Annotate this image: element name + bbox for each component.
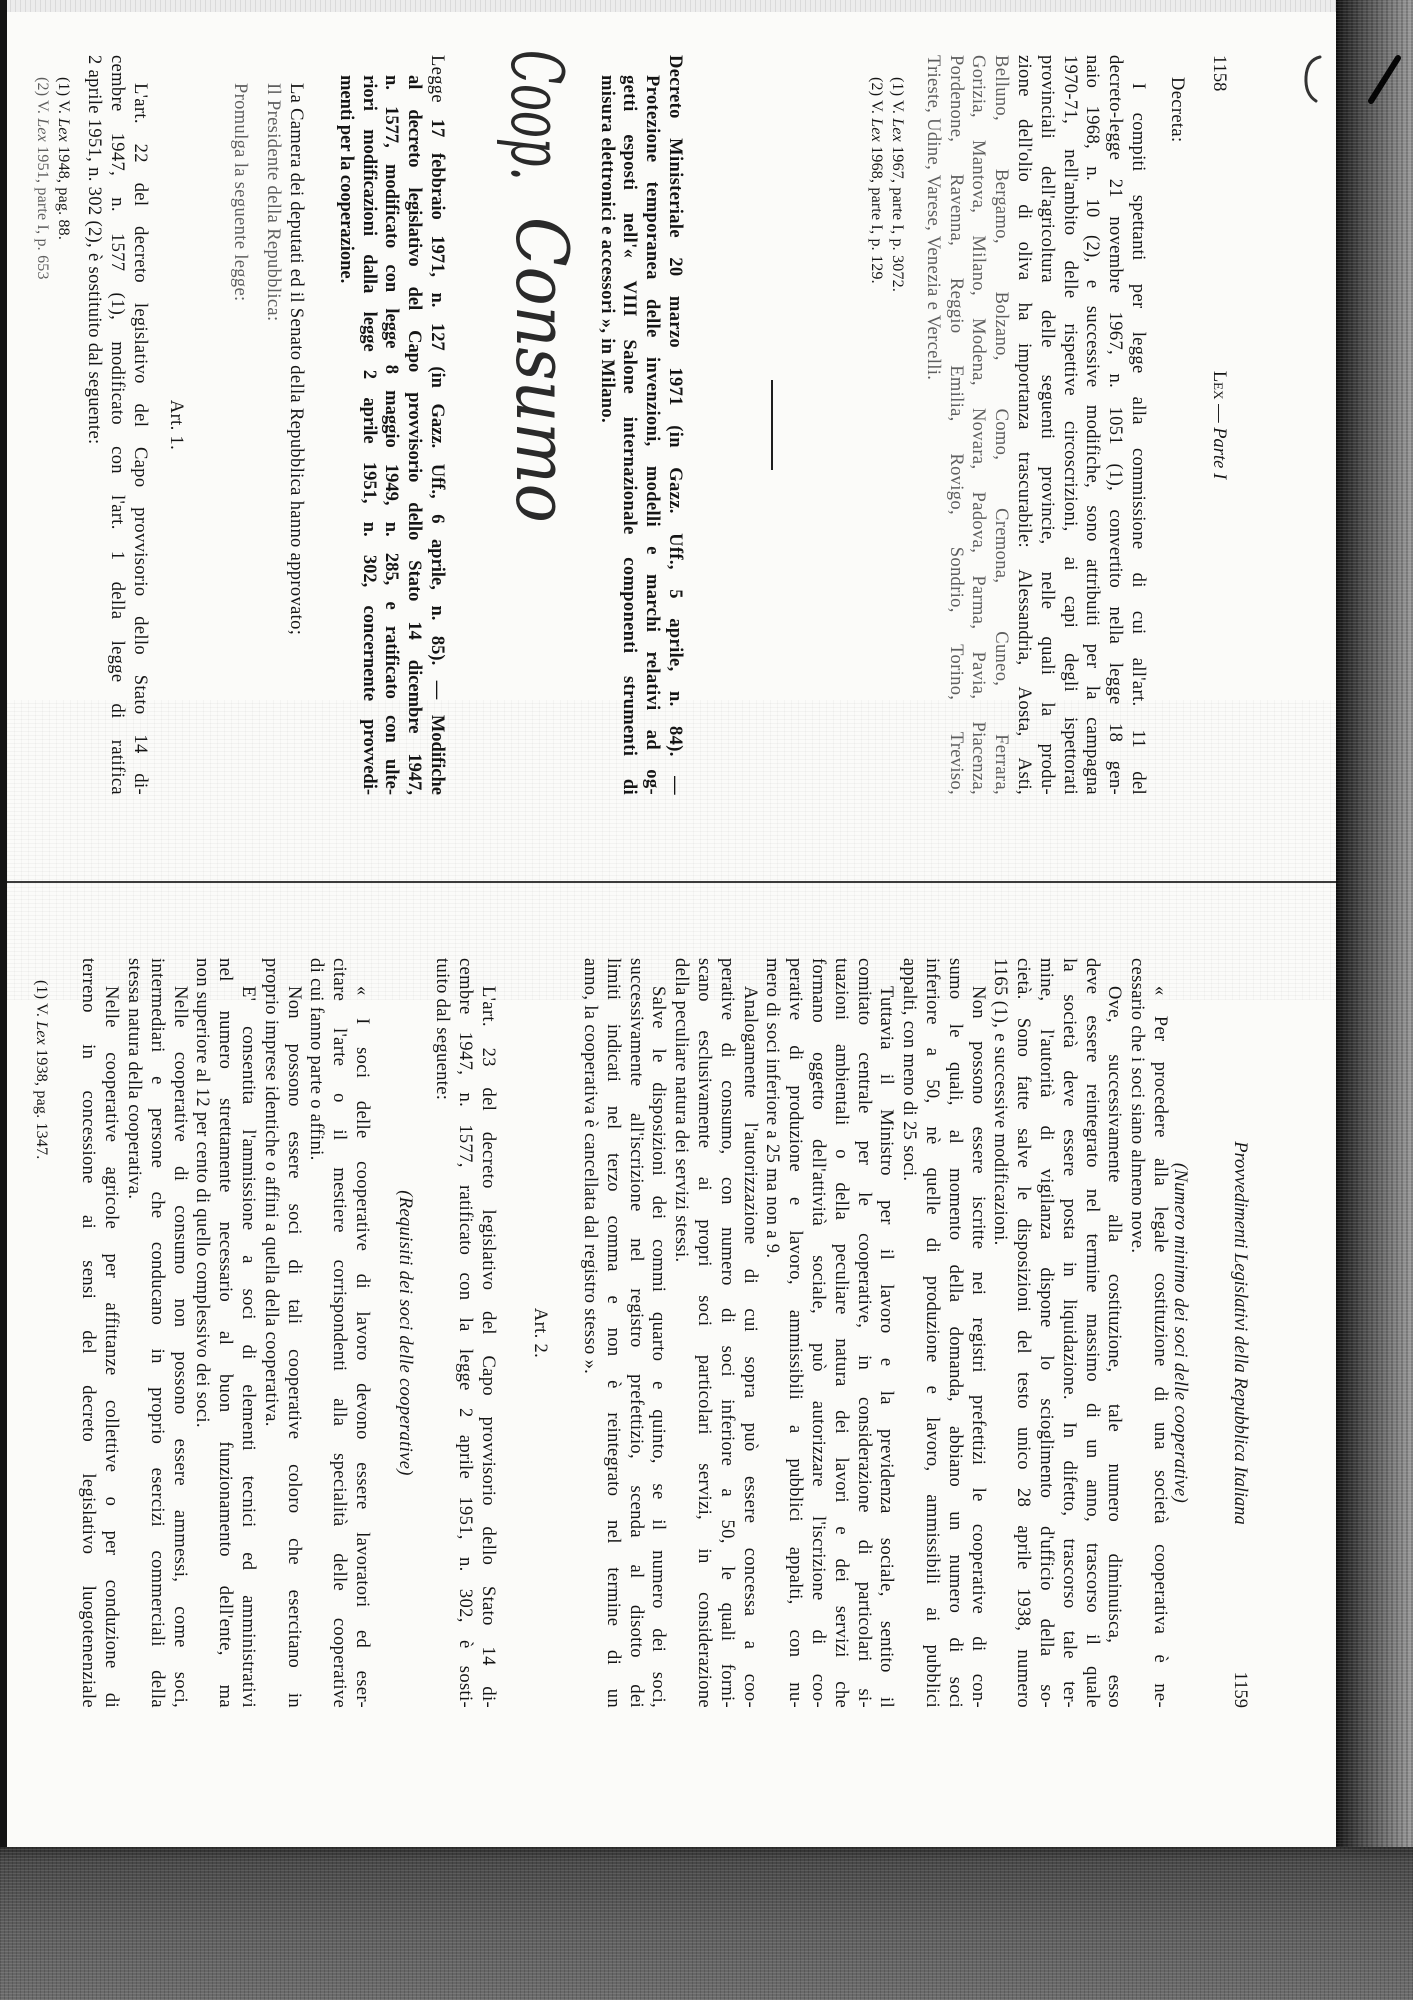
text-line: cessario che i soci siano almeno nove. <box>1125 958 1148 1708</box>
page-number: 1159 <box>1228 1672 1251 1708</box>
text-line: intermediari e persone che conducano in … <box>145 958 168 1708</box>
article-23-text: « I soci delle cooperative di lavoro dev… <box>77 958 373 1708</box>
text-line: perative di produzione e lavoro, ammissi… <box>783 958 806 1708</box>
article-22-text: « Per procedere alla legale costituzione… <box>578 958 1171 1708</box>
text-line: anno, la cooperativa è cancellata dal re… <box>578 958 601 1708</box>
scan-edge-left <box>0 0 7 1847</box>
handwritten-annotation-consumo: Consumo <box>498 217 585 523</box>
text-line: mero di soci inferiore a 25 ma non a 9. <box>761 958 784 1708</box>
text-line: della peculiare natura dei servizi stess… <box>669 958 692 1708</box>
text-line: la società deve essere posta in liquidaz… <box>1057 958 1080 1708</box>
text-line: citare l'arte o il mestiere corrisponden… <box>327 958 350 1708</box>
text-line: formano oggetto dell'attività sociale, p… <box>806 958 829 1708</box>
text-line: perative di consumo, con numero di soci … <box>715 958 738 1708</box>
text-line: appalti, con meno di 25 soci. <box>897 958 920 1708</box>
text-line: Nelle cooperative agricole per affittanz… <box>99 958 122 1708</box>
article-2-intro: L'art. 23 del decreto legislativo del Ca… <box>431 958 499 1708</box>
running-head-publication: Lex <box>1209 371 1229 400</box>
article-rubric: (Numero minimo dei soci delle cooperativ… <box>1168 958 1191 1708</box>
text-line: proprio imprese identiche o affini a que… <box>259 958 282 1708</box>
text-line: Salve le disposizioni dei commi quarto e… <box>647 958 670 1708</box>
page-fold-line <box>7 881 1336 883</box>
text-line: scano esclusivamente ai propri soci part… <box>692 958 715 1708</box>
text-line: Ove, successivamente alla costituzione, … <box>1103 958 1126 1708</box>
text-line: Non possono essere iscritte nei registri… <box>966 958 989 1708</box>
running-head-part: Parte I <box>1209 427 1229 479</box>
article-rubric: (Requisiti dei soci delle cooperative) <box>393 958 416 1708</box>
text-line: stessa natura della cooperativa. <box>122 958 145 1708</box>
scan-shadow-right <box>1336 0 1413 2000</box>
text-line: deve essere reintegrato nel termine mass… <box>1080 958 1103 1708</box>
text-line: E' consentita l'ammissione a soci di ele… <box>236 958 259 1708</box>
text-line: Art. 2. <box>528 958 551 1708</box>
footnote-marker: (1) V. <box>33 980 50 1017</box>
running-head-separator: — <box>1209 404 1229 423</box>
text-line: tuazioni ambientali o della peculiare na… <box>829 958 852 1708</box>
scan-shadow-bottom <box>0 1847 1413 2000</box>
text-line: di cui fanno parte o affini. <box>305 958 328 1708</box>
text-line: cembre 1947, n. 1577, ratificato con la … <box>453 958 476 1708</box>
text-line: (Numero minimo dei soci delle cooperativ… <box>1168 958 1191 1708</box>
pen-mark-icon <box>0 0 1413 200</box>
text-line: non superiore al 12 per cento di quello … <box>191 958 214 1708</box>
page-header: Provvedimenti Legislativi della Repubbli… <box>1228 958 1251 1708</box>
text-line: nel numero strettamente necessario al bu… <box>213 958 236 1708</box>
text-line: Nelle cooperative di consumo non possono… <box>168 958 191 1708</box>
footnotes: (1) V. Lex 1938, pag. 1347. <box>31 958 52 1708</box>
text-line: Analogamente l'autorizzazione di cui sop… <box>738 958 761 1708</box>
text-line: sumo le quali, al momento della domanda,… <box>943 958 966 1708</box>
text-line: (Requisiti dei soci delle cooperative) <box>393 958 416 1708</box>
law-title-text: 17 febbraio 1971, n. 127 (in Gazz. Uff.,… <box>427 119 447 795</box>
section-divider-rule <box>771 380 773 470</box>
text-line: inferiore a 50, nè quelle di produzione … <box>920 958 943 1708</box>
text-line: « I soci delle cooperative di lavoro dev… <box>350 958 373 1708</box>
text-line: limiti indicati nel terzo comma e non è … <box>601 958 624 1708</box>
text-line: terreno in concessione ai sensi del decr… <box>77 958 100 1708</box>
text-line: L'art. 23 del decreto legislativo del Ca… <box>476 958 499 1708</box>
text-line: cietà. Sono fatte salve le disposizioni … <box>1011 958 1034 1708</box>
text-line: Non possono essere soci di tali cooperat… <box>282 958 305 1708</box>
text-line: 1165 (1), e successive modificazioni. <box>989 958 1012 1708</box>
text-line: tuito dal seguente: <box>431 958 454 1708</box>
scanned-document: 1158 Lex — Parte I Decreta: I compiti sp… <box>0 0 1413 2000</box>
page-1159: Provvedimenti Legislativi della Repubbli… <box>0 958 1262 1708</box>
text-line: Tuttavia il Ministro per il lavoro e la … <box>875 958 898 1708</box>
footnote: (1) V. Lex 1938, pag. 1347. <box>31 958 52 1708</box>
running-head: Provvedimenti Legislativi della Repubbli… <box>1228 958 1251 1708</box>
footnote-reference: 1938, pag. 1347. <box>33 1049 50 1159</box>
text-line: « Per procedere alla legale costituzione… <box>1148 958 1171 1708</box>
text-line: comitato centrale per le cooperative, in… <box>852 958 875 1708</box>
text-line: successivamente all'iscrizione nel regis… <box>624 958 647 1708</box>
text-line: mine, l'autorità di vigilanza dispone lo… <box>1034 958 1057 1708</box>
article-2-title: Art. 2. <box>528 958 551 1708</box>
footnote-source: Lex <box>33 1021 50 1045</box>
